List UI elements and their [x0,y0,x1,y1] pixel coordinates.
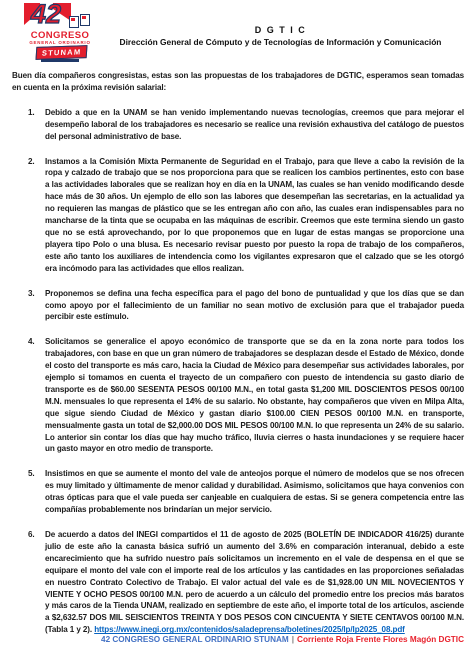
logo-number-42: 42 [31,1,61,28]
list-item-5: 5. Insistimos en que se aumente el monto… [12,468,464,516]
stunam-congress-logo: 42 CONGRESO GENERAL ORDINARIO STUNAM [23,3,97,63]
proposal-list: 1. Debido a que en la UNAM se han venido… [12,107,464,636]
item-text: Debido a que en la UNAM se han venido im… [45,108,464,141]
footer: 42 CONGRESO GENERAL ORDINARIO STUNAM|Cor… [101,635,464,644]
item-number: 4. [28,336,35,348]
item-text: Insistimos en que se aumente el monto de… [45,469,464,514]
logo-figures-icon [69,12,91,28]
document-header: 42 CONGRESO GENERAL ORDINARIO STUNAM D G… [12,0,464,62]
logo-stunam-banner: STUNAM [35,45,87,60]
page-subtitle: Dirección General de Cómputo y de Tecnol… [97,37,464,47]
item-number: 5. [28,468,35,480]
footer-separator: | [289,635,297,644]
item-text: Solicitamos se generalice el apoyo econó… [45,337,464,453]
item-text: Proponemos se defina una fecha específic… [45,289,464,322]
footer-group-label: Corriente Roja Frente Flores Magón DGTIC [297,635,464,644]
item-text: Instamos a la Comisión Mixta Permanente … [45,157,464,273]
item-number: 1. [28,107,35,119]
item-text: De acuerdo a datos del INEGI compartidos… [45,530,464,634]
item-number: 2. [28,156,35,168]
list-item-1: 1. Debido a que en la UNAM se han venido… [12,107,464,143]
footer-congress-label: 42 CONGRESO GENERAL ORDINARIO STUNAM [101,635,289,644]
inegi-report-link[interactable]: https://www.inegi.org.mx/contenidos/sala… [94,625,405,634]
header-text-block: D G T I C Dirección General de Cómputo y… [97,0,464,47]
document-page: 42 CONGRESO GENERAL ORDINARIO STUNAM D G… [0,0,476,647]
list-item-2: 2. Instamos a la Comisión Mixta Permanen… [12,156,464,275]
item-number: 3. [28,288,35,300]
logo-bottom-bar [41,59,79,62]
list-item-3: 3. Proponemos se defina una fecha especí… [12,288,464,324]
list-item-6: 6. De acuerdo a datos del INEGI comparti… [12,529,464,636]
item-number: 6. [28,529,35,541]
list-item-4: 4. Solicitamos se generalice el apoyo ec… [12,336,464,455]
page-title: D G T I C [97,25,464,35]
intro-paragraph: Buen día compañeros congresistas, estas … [12,70,464,94]
